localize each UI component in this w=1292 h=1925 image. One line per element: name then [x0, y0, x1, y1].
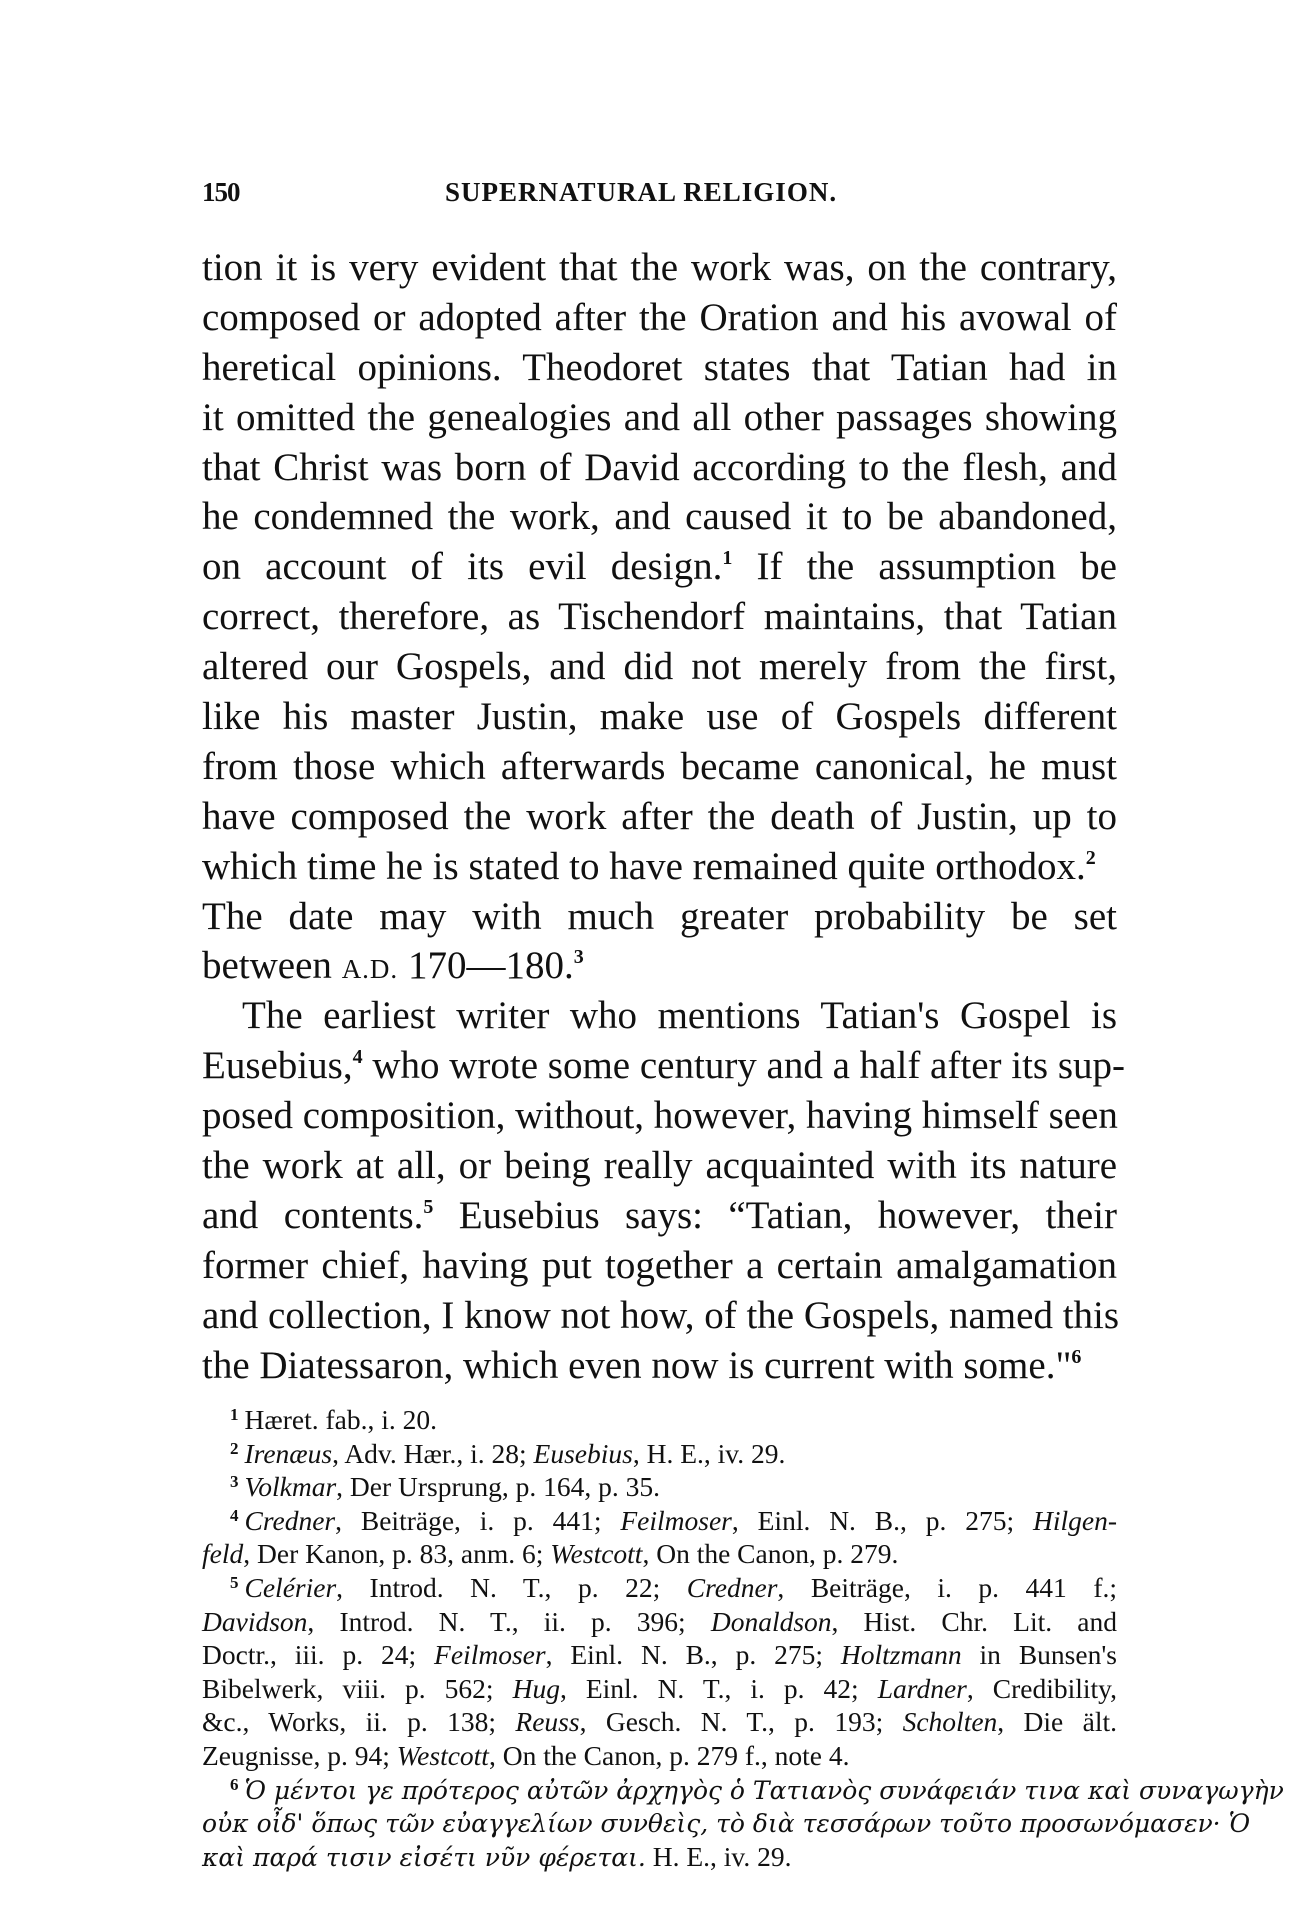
- cited-author: Donaldson: [711, 1606, 832, 1637]
- body-line: have composed the work after the death o…: [202, 792, 1117, 842]
- cited-author: Celérier: [245, 1572, 337, 1603]
- cited-author: Westcott: [397, 1740, 489, 1771]
- footnote-line: Doctr., iii. p. 24; Feilmoser, Einl. N. …: [202, 1638, 1117, 1672]
- page-number: 150: [202, 176, 240, 208]
- footnote-number: 2: [230, 1439, 239, 1458]
- citation-text: , On the Canon, p. 279 f., note 4.: [489, 1740, 850, 1771]
- body-line: former chief, having put together a cert…: [202, 1241, 1117, 1291]
- citation-text: , On the Canon, p. 279.: [642, 1538, 898, 1569]
- body-line: the work at all, or being really acquain…: [202, 1141, 1117, 1191]
- body-line: it omitted the genealogies and all other…: [202, 393, 1117, 443]
- footnote-line: 4Credner, Beiträge, i. p. 441; Feilmoser…: [202, 1504, 1117, 1538]
- body-line: posed composition, without, however, hav…: [202, 1091, 1117, 1141]
- footnote-line: Bibelwerk, viii. p. 562; Hug, Einl. N. T…: [202, 1672, 1117, 1706]
- citation-text: , Hist. Chr. Lit. and: [832, 1606, 1117, 1637]
- citation-text: , Gesch. N. T., p. 193;: [580, 1706, 903, 1737]
- cited-author: Feilmoser: [620, 1505, 732, 1536]
- citation-text: , Introd. N. T., p. 22;: [336, 1572, 687, 1603]
- body-line: from those which afterwards became canon…: [202, 742, 1117, 792]
- citation-text: in Bunsen's: [962, 1639, 1117, 1670]
- footnote-line: οὐκ οἶδ' ὅπως τῶν εὐαγγελίων συνθεὶς, τὸ…: [202, 1806, 1117, 1840]
- body-line: correct, therefore, as Tischendorf maint…: [202, 592, 1117, 642]
- footnotes-section: 1Hæret. fab., i. 20.2Irenæus, Adv. Hær.,…: [202, 1403, 1117, 1873]
- body-line: The earliest writer who mentions Tatian'…: [202, 991, 1117, 1041]
- citation-text: Zeugnisse, p. 94;: [202, 1740, 397, 1771]
- body-text-segment: and contents.: [202, 1194, 423, 1237]
- citation-text: , Beiträge, i. p. 441 f.;: [777, 1572, 1117, 1603]
- cited-author: Davidson: [202, 1606, 307, 1637]
- greek-quotation: καὶ παρά τισιν εἰσέτι νῦν φέρεται.: [202, 1843, 646, 1872]
- footnote-number: 6: [230, 1775, 239, 1794]
- footnote-number: 3: [230, 1472, 239, 1491]
- body-line: tion it is very evident that the work wa…: [202, 243, 1117, 293]
- cited-author: Credner: [245, 1505, 336, 1536]
- body-text-segment: between: [202, 944, 342, 987]
- running-head: 150 SUPERNATURAL RELIGION.: [202, 176, 1117, 208]
- footnote-line: 6Ὁ μέντοι γε πρότερος αὐτῶν ἀρχηγὸς ὁ Τα…: [202, 1773, 1117, 1807]
- body-line: The date may with much greater probabili…: [202, 892, 1117, 942]
- citation-text: , Einl. N. T., i. p. 42;: [560, 1673, 878, 1704]
- footnote-line: 5Celérier, Introd. N. T., p. 22; Credner…: [202, 1571, 1117, 1605]
- citation-text: , Einl. N. B., p. 275;: [546, 1639, 841, 1670]
- body-line: that Christ was born of David according …: [202, 443, 1117, 493]
- cited-author: Westcott: [550, 1538, 642, 1569]
- citation-text: , Der Ursprung, p. 164, p. 35.: [336, 1471, 660, 1502]
- footnote-line: 1Hæret. fab., i. 20.: [202, 1403, 1117, 1437]
- body-text-segment: the Diatessaron, which even now is curre…: [202, 1344, 1071, 1387]
- citation-text: , Adv. Hær., i. 28;: [332, 1438, 533, 1469]
- footnote-ref-6[interactable]: 6: [1071, 1346, 1081, 1368]
- citation-text: , Der Kanon, p. 83, anm. 6;: [243, 1538, 550, 1569]
- cited-author: Credner: [687, 1572, 778, 1603]
- citation-text: , Einl. N. B., p. 275;: [732, 1505, 1033, 1536]
- body-line: which time he is stated to have remained…: [202, 842, 1117, 892]
- citation-text: , Die ält.: [997, 1706, 1117, 1737]
- body-line: Eusebius,4 who wrote some century and a …: [202, 1041, 1117, 1091]
- body-line: and contents.5 Eusebius says: “Tatian, h…: [202, 1191, 1117, 1241]
- footnote-number: 1: [230, 1405, 239, 1424]
- greek-quotation: οὐκ οἶδ' ὅπως τῶν εὐαγγελίων συνθεὶς, τὸ…: [202, 1809, 1250, 1838]
- era-abbreviation: A.D.: [342, 954, 399, 984]
- book-title: SUPERNATURAL RELIGION.: [445, 176, 837, 208]
- book-page: 150 SUPERNATURAL RELIGION. tion it is ve…: [0, 0, 1292, 1925]
- body-text-segment: which time he is stated to have remained…: [202, 845, 1086, 888]
- footnote-ref-5[interactable]: 5: [423, 1196, 433, 1218]
- body-text-segment: who wrote some century and a half after …: [363, 1044, 1125, 1087]
- footnote-line: 2Irenæus, Adv. Hær., i. 28; Eusebius, H.…: [202, 1437, 1117, 1471]
- body-text: tion it is very evident that the work wa…: [202, 243, 1117, 1390]
- footnote-ref-2[interactable]: 2: [1086, 847, 1096, 869]
- cited-author: Feilmoser: [434, 1639, 546, 1670]
- citation-text: , H. E., iv. 29.: [633, 1438, 786, 1469]
- footnote-ref-3[interactable]: 3: [574, 946, 584, 968]
- cited-author: Volkmar: [245, 1471, 337, 1502]
- body-text-segment: Eusebius says: “Tatian, however, their: [459, 1194, 1117, 1237]
- citation-text: Hæret. fab., i. 20.: [245, 1404, 437, 1435]
- body-text-segment: on account of its evil design.: [202, 545, 722, 588]
- citation-text: Doctr., iii. p. 24;: [202, 1639, 434, 1670]
- body-line: composed or adopted after the Oration an…: [202, 293, 1117, 343]
- body-line: on account of its evil design.1 If the a…: [202, 542, 1117, 592]
- greek-quotation: Ὁ μέντοι γε πρότερος αὐτῶν ἀρχηγὸς ὁ Τατ…: [245, 1776, 1284, 1805]
- footnote-line: καὶ παρά τισιν εἰσέτι νῦν φέρεται. H. E.…: [202, 1840, 1117, 1874]
- citation-text: , Credibility,: [967, 1673, 1117, 1704]
- footnote-line: 3Volkmar, Der Ursprung, p. 164, p. 35.: [202, 1470, 1117, 1504]
- cited-author: Hug: [513, 1673, 560, 1704]
- body-line: altered our Gospels, and did not merely …: [202, 642, 1117, 692]
- footnote-ref-4[interactable]: 4: [353, 1046, 363, 1068]
- footnote-line: Davidson, Introd. N. T., ii. p. 396; Don…: [202, 1605, 1117, 1639]
- citation-text: H. E., iv. 29.: [646, 1841, 792, 1872]
- footnote-line: &c., Works, ii. p. 138; Reuss, Gesch. N.…: [202, 1705, 1117, 1739]
- cited-author: Hilgen-: [1033, 1505, 1117, 1536]
- date-range: 170—180.: [398, 944, 574, 987]
- footnote-ref-1[interactable]: 1: [722, 547, 732, 569]
- body-text-segment: Eusebius,: [202, 1044, 353, 1087]
- cited-author: Irenæus: [245, 1438, 333, 1469]
- body-line: heretical opinions. Theodoret states tha…: [202, 343, 1117, 393]
- cited-author: Holtzmann: [841, 1639, 962, 1670]
- citation-text: , Introd. N. T., ii. p. 396;: [307, 1606, 710, 1637]
- body-line: he condemned the work, and caused it to …: [202, 492, 1117, 542]
- footnote-line: feld, Der Kanon, p. 83, anm. 6; Westcott…: [202, 1537, 1117, 1571]
- cited-author: Lardner: [878, 1673, 967, 1704]
- cited-author: Reuss: [515, 1706, 579, 1737]
- body-line: the Diatessaron, which even now is curre…: [202, 1341, 1117, 1391]
- body-line: between A.D. 170—180.3: [202, 941, 1117, 991]
- citation-text: , Beiträge, i. p. 441;: [335, 1505, 620, 1536]
- cited-author: Scholten: [903, 1706, 998, 1737]
- body-line: like his master Justin, make use of Gosp…: [202, 692, 1117, 742]
- citation-text: &c., Works, ii. p. 138;: [202, 1706, 515, 1737]
- footnote-number: 5: [230, 1573, 239, 1592]
- footnote-line: Zeugnisse, p. 94; Westcott, On the Canon…: [202, 1739, 1117, 1773]
- cited-author: feld: [202, 1538, 243, 1569]
- body-line: and collection, I know not how, of the G…: [202, 1291, 1117, 1341]
- body-text-segment: If the assumption be: [756, 545, 1117, 588]
- citation-text: Bibelwerk, viii. p. 562;: [202, 1673, 513, 1704]
- cited-author: Eusebius: [534, 1438, 633, 1469]
- footnote-number: 4: [230, 1506, 239, 1525]
